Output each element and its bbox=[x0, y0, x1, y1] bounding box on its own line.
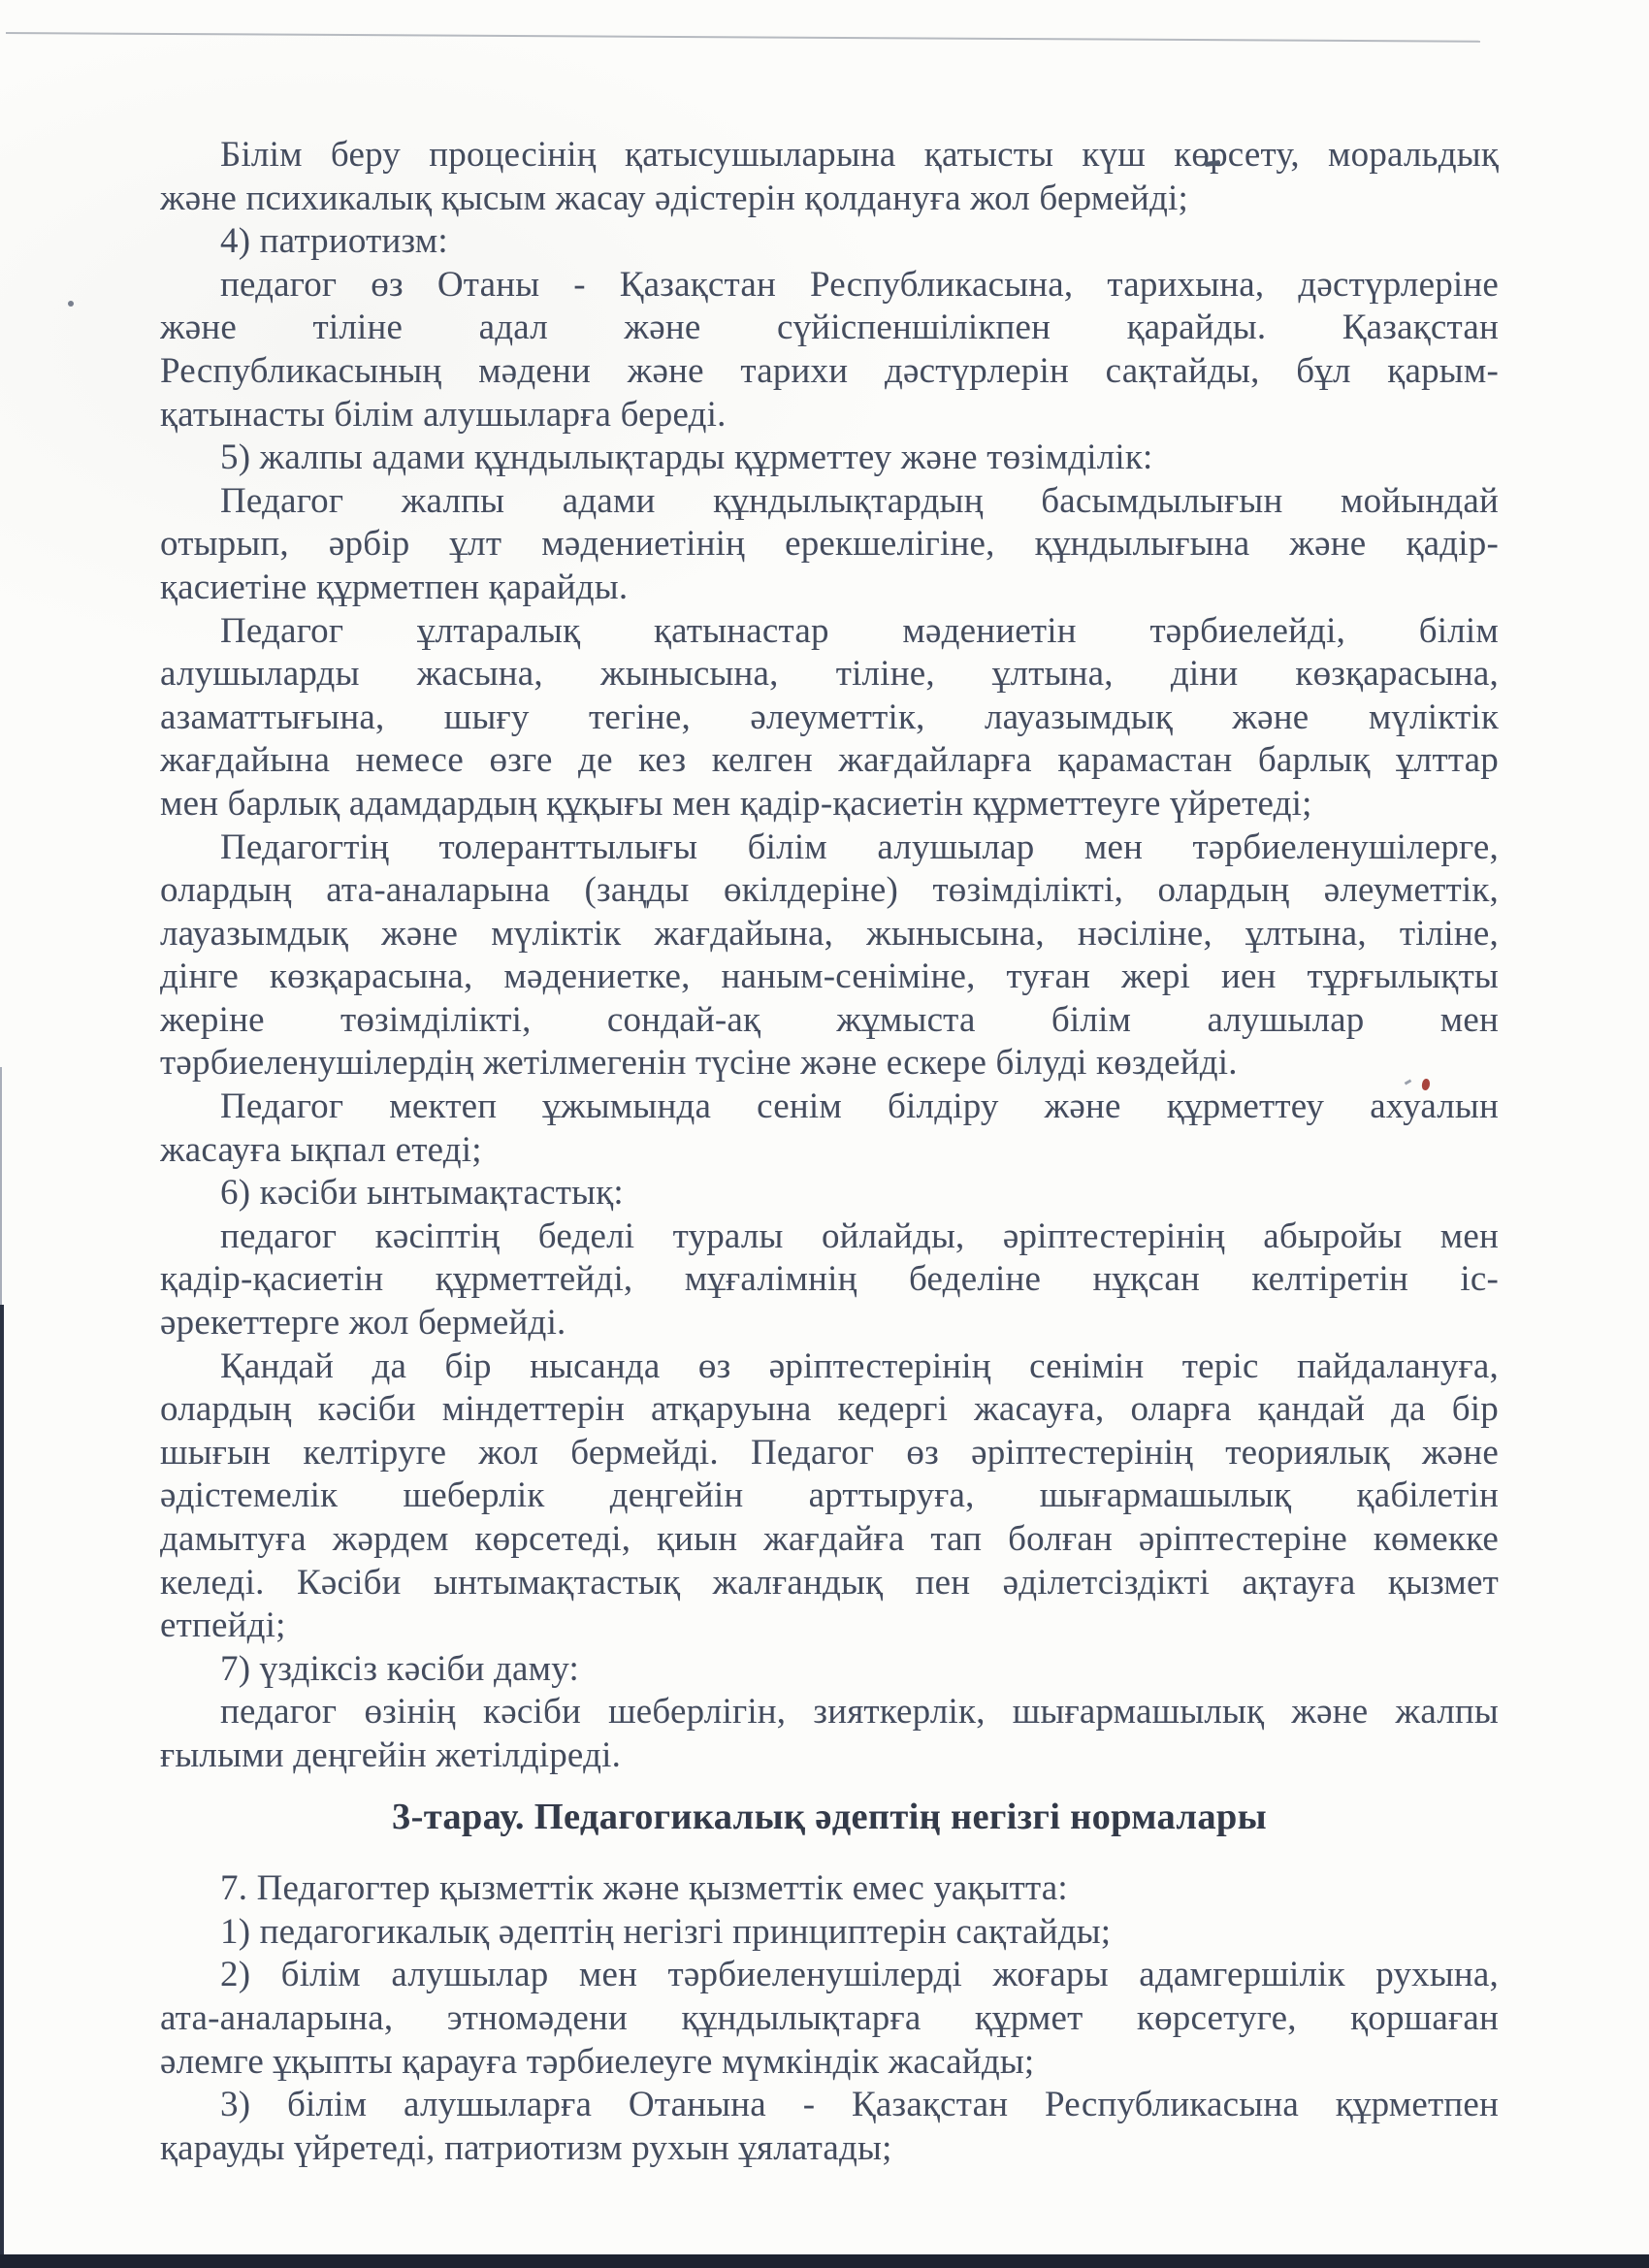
text-line: мен барлық адамдардың құқығы мен қадір-қ… bbox=[160, 783, 1499, 826]
text-line: 5) жалпы адами құндылықтарды құрметтеу ж… bbox=[160, 437, 1499, 480]
scan-artifact-left-edge-dark bbox=[0, 1305, 4, 2268]
scan-artifact-left-edge-faint bbox=[0, 1067, 2, 1305]
scanned-document-page: Білім беру процесінің қатысушыларына қат… bbox=[0, 0, 1649, 2268]
text-line: дінге көзқарасына, мәдениетке, наным-сен… bbox=[160, 956, 1499, 999]
text-line: олардың кәсіби міндеттерін атқаруына кед… bbox=[160, 1388, 1499, 1432]
text-line: Республикасының мәдени және тарихи дәстү… bbox=[160, 350, 1499, 394]
text-line: жағдайына немесе өзге де кез келген жағд… bbox=[160, 739, 1499, 783]
text-line: тәрбиеленушілердің жетілмегенін түсіне ж… bbox=[160, 1042, 1499, 1085]
text-line: Педагог мектеп ұжымында сенім білдіру жә… bbox=[160, 1085, 1499, 1129]
text-line: келеді. Кәсіби ынтымақтастық жалғандық п… bbox=[160, 1562, 1499, 1605]
scan-artifact-top-line bbox=[6, 32, 1480, 43]
text-line: әрекеттерге жол бермейді. bbox=[160, 1302, 1499, 1345]
text-line: Педагогтің толеранттылығы білім алушылар… bbox=[160, 826, 1499, 870]
text-line: қарауды үйретеді, патриотизм рухын ұялат… bbox=[160, 2127, 1499, 2171]
text-line: етпейді; bbox=[160, 1604, 1499, 1648]
text-line: жеріне төзімділікті, сондай-ақ жұмыста б… bbox=[160, 999, 1499, 1043]
text-line: Педагог ұлтаралық қатынастар мәдениетін … bbox=[160, 610, 1499, 654]
text-line: 6) кәсіби ынтымақтастық: bbox=[160, 1172, 1499, 1215]
section-heading: 3-тарау. Педагогикалық әдептің негізгі н… bbox=[160, 1796, 1499, 1839]
text-line: педагог өз Отаны - Қазақстан Республикас… bbox=[160, 264, 1499, 308]
text-line: шығын келтіруге жол бермейді. Педагог өз… bbox=[160, 1432, 1499, 1475]
text-line: 2) білім алушылар мен тәрбиеленушілерді … bbox=[160, 1954, 1499, 1997]
text-line: ата-аналарына, этномәдени құндылықтарға … bbox=[160, 1997, 1499, 2041]
text-line: дамытуға жәрдем көрсетеді, қиын жағдайға… bbox=[160, 1518, 1499, 1562]
document-text-column: Білім беру процесінің қатысушыларына қат… bbox=[160, 134, 1499, 2170]
text-line: педагог кәсіптің беделі туралы ойлайды, … bbox=[160, 1215, 1499, 1259]
text-line: 4) патриотизм: bbox=[160, 220, 1499, 264]
text-line: қасиетіне құрметпен қарайды. bbox=[160, 567, 1499, 610]
text-line: және тіліне адал және сүйіспеншілікпен қ… bbox=[160, 307, 1499, 350]
text-line: педагог өзінің кәсіби шеберлігін, зиятке… bbox=[160, 1691, 1499, 1734]
text-line: 7. Педагогтер қызметтік және қызметтік е… bbox=[160, 1867, 1499, 1911]
text-line: олардың ата-аналарына (заңды өкілдеріне)… bbox=[160, 869, 1499, 913]
text-line: алушыларды жасына, жынысына, тіліне, ұлт… bbox=[160, 653, 1499, 697]
text-line: жасауға ықпал етеді; bbox=[160, 1129, 1499, 1173]
text-line: лауазымдық және мүліктік жағдайына, жыны… bbox=[160, 913, 1499, 956]
text-line: Педагог жалпы адами құндылықтардың басым… bbox=[160, 480, 1499, 524]
text-line: азаматтығына, шығу тегіне, әлеуметтік, л… bbox=[160, 697, 1499, 740]
text-line: ғылыми деңгейін жетілдіреді. bbox=[160, 1734, 1499, 1778]
text-line: әлемге ұқыпты қарауға тәрбиелеуге мүмкін… bbox=[160, 2041, 1499, 2085]
text-line: әдістемелік шеберлік деңгейін арттыруға,… bbox=[160, 1474, 1499, 1518]
text-line: 3) білім алушыларға Отанына - Қазақстан … bbox=[160, 2084, 1499, 2127]
text-line: қатынасты білім алушыларға береді. bbox=[160, 394, 1499, 437]
text-line: 1) педагогикалық әдептің негізгі принцип… bbox=[160, 1911, 1499, 1955]
scan-artifact-dot bbox=[68, 301, 74, 307]
text-line: Білім беру процесінің қатысушыларына қат… bbox=[160, 134, 1499, 178]
text-line: Қандай да бір нысанда өз әріптестерінің … bbox=[160, 1345, 1499, 1389]
scan-artifact-bottom-band bbox=[0, 2254, 1649, 2268]
text-line: 7) үздіксіз кәсіби даму: bbox=[160, 1648, 1499, 1692]
text-line: қадір-қасиетін құрметтейді, мұғалімнің б… bbox=[160, 1258, 1499, 1302]
text-line: отырып, әрбір ұлт мәдениетінің ерекшеліг… bbox=[160, 523, 1499, 567]
text-line: және психикалық қысым жасау әдістерін қо… bbox=[160, 178, 1499, 221]
